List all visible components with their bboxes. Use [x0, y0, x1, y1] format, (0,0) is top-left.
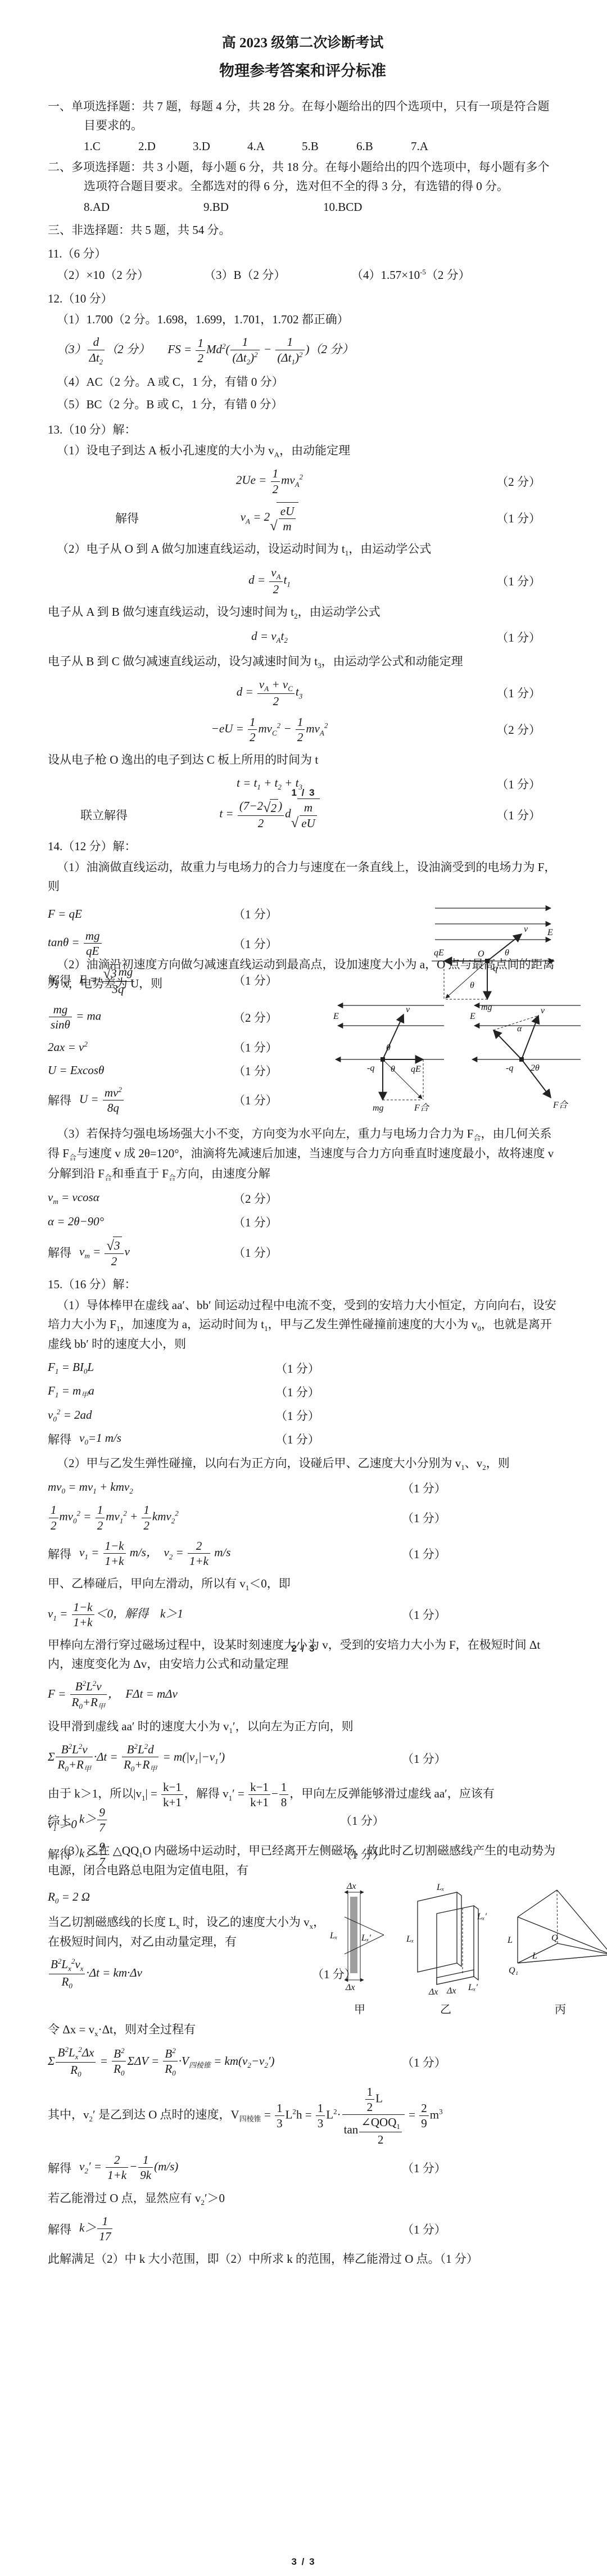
page-2: （2）油滴沿初速度方向做匀减速直线运动到最高点，设加速度大小为 a，O 点与最高…	[48, 951, 558, 1875]
q15-formula-2: F1 = m甲a （1 分）	[48, 1383, 558, 1401]
q13-part1-text: （1）设电子到达 A 板小孔速度的大小为 vA，由动能定理	[48, 441, 558, 461]
answer-7: 7.A	[411, 139, 465, 154]
solve-label: 解得	[48, 1545, 71, 1562]
label-dx-2: Δx	[446, 1986, 456, 1996]
solve-label: 解得	[48, 1244, 71, 1261]
summary-label: 综上	[48, 1812, 71, 1829]
score-badge: （1 分）	[275, 1407, 320, 1424]
formula: 2ax = v2	[48, 1040, 88, 1054]
score-badge: （1 分）	[402, 1750, 446, 1767]
formula: v1 = 1−k1+k＜0，解得 k＞1	[48, 1600, 183, 1630]
q15-text-condition: 若乙能滑过 O 点，显然应有 v2′＞0	[48, 2189, 558, 2208]
q13-text-3: 电子从 A 到 B 做匀速直线运动，设匀速时间为 t2，由运动学公式	[48, 602, 558, 622]
answer-10: 10.BCD	[323, 200, 443, 214]
answer-4: 4.A	[247, 139, 302, 154]
figure-pyramid: L L Q Q₁ O 丙	[501, 1883, 607, 2016]
score-badge: （1 分）	[233, 1213, 278, 1230]
score-badge: （1 分）	[275, 1431, 320, 1447]
label-E: E	[469, 1012, 475, 1021]
q15-text-Lx: 当乙切割磁感线的长度 Lx 时，设乙的速度大小为 vx，在极短时间内，对乙由动量…	[48, 1912, 329, 1951]
q15-formula-3: v02 = 2ad （1 分）	[48, 1406, 558, 1424]
score-badge: （1 分）	[275, 1360, 320, 1377]
q13-formula-2: 解得 vA = 2√eUm （1 分）	[48, 502, 558, 534]
formula: F1 = m甲a	[48, 1384, 94, 1400]
q14-part2-text: （2）油滴沿初速度方向做匀减速直线运动到最高点，设加速度大小为 a，O 点与最高…	[48, 955, 558, 993]
q14-formula-10: 解得 vm = √32v （1 分）	[48, 1237, 558, 1269]
solve-label: 解得	[115, 509, 139, 526]
label-E: E	[333, 1012, 339, 1021]
score-badge: （1 分）	[496, 629, 541, 646]
label-Q1: Q₁	[509, 1966, 518, 1975]
score-badge: （1 分）	[402, 1509, 446, 1526]
q14-formula-6: U = Excosθ （1 分）	[48, 1062, 329, 1080]
q15-formula-8: v1 = 1−k1+k＜0，解得 k＞1 （1 分）	[48, 1600, 558, 1630]
score-badge: （2 分）	[496, 721, 541, 738]
q14-formula-5: 2ax = v2 （1 分）	[48, 1038, 329, 1056]
answer-8: 8.AD	[84, 200, 203, 214]
figure-plates: Lₓ Lₓ Lₓ′ Lₓ′ Δx Δx 乙	[406, 1883, 485, 2016]
q13-formula-5: d = vA + vC2t3 （1 分）	[48, 677, 558, 709]
q15-formula-1: F1 = BI0L （1 分）	[48, 1359, 558, 1377]
q15-formula-6: 12mv02 = 12mv12 + 12kmv22 （1 分）	[48, 1503, 558, 1533]
q12-item-3-formula: （3）dΔt2（2 分） FS = 12Md2(1(Δt2)2 − 1(Δt1)…	[57, 335, 354, 367]
formula: α = 2θ−90°	[48, 1215, 104, 1229]
formula: 其中，v2′ 是乙到达 O 点时的速度，V四棱锥 = 13L2h = 13L2·…	[48, 2085, 443, 2147]
q15-text-4: 甲棒向左滑行穿过磁场过程中，设某时刻速度大小为 v，受到的安培力大小为 F，在极…	[48, 1635, 558, 1673]
q12-item-1: （1）1.700（2 分。1.698，1.699，1.701，1.702 都正确…	[48, 310, 558, 329]
score-badge: （2 分）	[233, 1009, 278, 1026]
section-3-heading: 三、非选择题：共 5 题，共 54 分。	[48, 221, 558, 238]
formula: U = mv28q	[79, 1085, 125, 1116]
q15-formula-5: mv0 = mv1 + kmv2 （1 分）	[48, 1479, 558, 1497]
q15-part2-text: （2）甲与乙发生弹性碰撞，以向右为正方向，设碰后甲、乙速度大小分别为 v1、v2…	[48, 1454, 558, 1473]
q12-item-4: （4）AC（2 分。A 或 C，1 分，有错 0 分）	[48, 372, 558, 391]
figure-rod-sweep: Δx Δx Lₓ Lₓ′ 甲	[329, 1883, 391, 2016]
score-badge: （2 分）	[233, 1190, 278, 1207]
q13-heading: 13.（10 分）解：	[48, 421, 558, 437]
section-2-heading: 二、多项选择题：共 3 小题，每小题 6 分，共 18 分。在每小题给出的四个选…	[48, 158, 558, 196]
figure-caption-yi: 乙	[406, 2000, 485, 2016]
score-badge: （1 分）	[402, 2159, 446, 2176]
q12-item-3: （3）dΔt2（2 分） FS = 12Md2(1(Δt2)2 − 1(Δt1)…	[57, 335, 558, 367]
q15-formula-v2prime: 解得 v2′ = 21+k−19k(m/s) （1 分）	[48, 2153, 558, 2183]
q14-part3-text: （3）若保持匀强电场场强大小不变，方向变为水平向左，重力与电场力合力为 F合，由…	[48, 1124, 558, 1184]
label-minus-q: -q	[506, 1063, 513, 1073]
label-qE: qE	[411, 1064, 421, 1074]
plates-diagram: Lₓ Lₓ Lₓ′ Lₓ′ Δx Δx	[406, 1883, 485, 1996]
formula: d = vAt2	[251, 629, 288, 645]
q15-formula-10: ΣB2L2vR0+R甲·Δt = B2L2dR0+R甲 = m(|v1|−v1′…	[48, 1742, 558, 1774]
q15-formula-9: F = B2L2vR0+R甲， FΔt = mΔv	[48, 1679, 558, 1711]
score-badge: （1 分）	[340, 1812, 384, 1829]
score-badge: （1 分）	[312, 1965, 356, 1982]
q15-formula-7: 解得 v1 = 1−k1+k m/s， v2 = 21+k m/s （1 分）	[48, 1539, 558, 1569]
solve-label: 解得	[48, 2221, 71, 2237]
q15-conclusion-k: 综上 k＞97 （1 分）	[48, 1805, 558, 1835]
formula: −eU = 12mvC2 − 12mvA2	[211, 715, 328, 745]
score-badge: （1 分）	[402, 2054, 446, 2070]
page-1: 高 2023 级第二次诊断考试 物理参考答案和评分标准 一、单项选择题：共 7 …	[48, 31, 558, 1014]
formula: t = (7−2√2)2d√meU	[219, 798, 319, 831]
label-Lx-top: Lₓ	[436, 1883, 444, 1892]
q12-heading: 12.（10 分）	[48, 290, 558, 306]
score-badge: （2 分）	[496, 473, 541, 490]
formula: d = vA2t1	[248, 565, 291, 597]
q14-part2-block: mgsinθ = ma （2 分） 2ax = v2 （1 分） U = Exc…	[48, 996, 558, 1121]
formula: d = vA + vC2t3	[237, 677, 303, 709]
score-badge: （1 分）	[402, 1606, 446, 1623]
formula: k＞97	[79, 1805, 108, 1835]
formula: vm = vcosα	[48, 1190, 99, 1206]
q15-text-volume: 其中，v2′ 是乙到达 O 点时的速度，V四棱锥 = 13L2h = 13L2·…	[48, 2085, 558, 2147]
figure-caption-bing: 丙	[501, 2000, 607, 2016]
q13-formula-8: 联立解得 t = (7−2√2)2d√meU （1 分）	[48, 798, 558, 831]
field-force-diagram-q14-2b: E v α -q 2θ F合	[465, 996, 586, 1115]
label-Lx-prime-top: Lₓ′	[477, 1912, 487, 1921]
q13-part2-text: （2）电子从 O 到 A 做匀加速直线运动，设运动时间为 t1，由运动学公式	[48, 539, 558, 559]
label-Lx-prime: Lₓ′	[361, 1933, 371, 1943]
q13-formula-1: 2Ue = 12mvA2 （2 分）	[48, 466, 558, 497]
q14-formula-4: mgsinθ = ma （2 分）	[48, 1002, 329, 1032]
formula: F = B2L2vR0+R甲， FΔt = mΔv	[48, 1679, 178, 1711]
q11-answer-4: （4）1.57×10-5（2 分）	[351, 266, 499, 283]
formula: 12mv02 = 12mv12 + 12kmv22	[48, 1503, 179, 1533]
q14-formula-1: F = qE （1 分）	[48, 905, 396, 923]
q14-formula-9: α = 2θ−90° （1 分）	[48, 1213, 558, 1231]
q15-heading: 15.（16 分）解：	[48, 1275, 558, 1292]
score-badge: （1 分）	[233, 1244, 278, 1261]
formula: R0 = 2 Ω	[48, 1890, 90, 1906]
label-F-net: F合	[414, 1103, 430, 1113]
label-theta-2: θ	[391, 1064, 395, 1074]
page-number-3: 3 / 3	[0, 2556, 607, 2568]
q13-formula-4: d = vAt2 （1 分）	[48, 628, 558, 646]
q15-part3-block: R0 = 2 Ω 当乙切割磁感线的长度 Lx 时，设乙的速度大小为 vx，在极短…	[48, 1883, 558, 2016]
score-badge: （1 分）	[233, 905, 278, 922]
formula: F1 = BI0L	[48, 1360, 94, 1376]
q15-final-statement: 此解满足（2）中 k 大小范围，即（2）中所求 k 的范围，棒乙能滑过 O 点。…	[48, 2249, 558, 2268]
field-force-diagram-q14-2a: E v θ θ -q qE mg F合	[329, 996, 450, 1115]
q11-answers: （2）×10（2 分） （3）B（2 分） （4）1.57×10-5（2 分）	[57, 266, 558, 283]
score-badge: （1 分）	[402, 1545, 446, 1562]
label-theta: θ	[386, 1043, 391, 1053]
label-v: v	[524, 924, 528, 934]
section-1-heading: 一、单项选择题：共 7 题，每题 4 分，共 28 分。在每小题给出的四个选项中…	[48, 97, 558, 135]
label-mg: mg	[373, 1103, 384, 1113]
formula: F = qE	[48, 907, 82, 921]
formula: mv0 = mv1 + kmv2	[48, 1480, 133, 1496]
multi-choice-answers: 8.AD 9.BD 10.BCD	[84, 200, 558, 214]
q15-text-5: 设甲滑到虚线 aa′ 时的速度大小为 v1′，以向左为正方向，则	[48, 1717, 558, 1736]
solve-label: 联立解得	[80, 806, 128, 823]
page-number-1: 1 / 3	[0, 787, 607, 798]
solve-label: 解得	[48, 1091, 71, 1108]
score-badge: （1 分）	[275, 1383, 320, 1400]
single-choice-answers: 1.C 2.D 3.D 4.A 5.B 6.B 7.A	[84, 139, 558, 154]
answer-1: 1.C	[84, 139, 138, 154]
answer-9: 9.BD	[203, 200, 323, 214]
score-badge: （1 分）	[402, 2221, 446, 2237]
formula: k＞117	[79, 2214, 114, 2244]
label-v: v	[406, 1005, 410, 1014]
q15-text-3: 甲、乙棒碰后，甲向左滑动，所以有 v1＜0，即	[48, 1574, 558, 1594]
q11-answer-3: （3）B（2 分）	[204, 266, 351, 283]
label-alpha: α	[517, 1024, 522, 1034]
formula: v1 = 1−k1+k m/s， v2 = 21+k m/s	[79, 1539, 230, 1569]
label-F-net: F合	[552, 1100, 569, 1110]
label-Lx-left: Lₓ	[406, 1934, 414, 1944]
score-badge: （1 分）	[402, 1479, 446, 1496]
label-E: E	[547, 928, 553, 937]
score-badge: （1 分）	[233, 1039, 278, 1055]
solve-label: 解得	[48, 1431, 71, 1447]
label-Lx: Lₓ	[329, 1931, 337, 1941]
q14-part1-text: （1）油滴做直线运动，故重力与电场力的合力与速度在一条直线上，设油滴受到的电场力…	[48, 858, 558, 896]
label-Lx-prime-bottom: Lₓ′	[468, 1983, 478, 1992]
label-L-inner: L	[532, 1951, 537, 1961]
q12-item-5: （5）BC（2 分。B 或 C，1 分，有错 0 分）	[48, 395, 558, 414]
label-v: v	[541, 1006, 545, 1016]
formula: mgsinθ = ma	[48, 1002, 101, 1032]
q15-formula-R0: R0 = 2 Ω	[48, 1889, 329, 1907]
score-badge: （1 分）	[233, 935, 278, 952]
formula: vA = 2√eUm	[241, 502, 299, 534]
formula: v2′ = 21+k−19k(m/s)	[79, 2153, 178, 2183]
q15-formula-k17: 解得 k＞117 （1 分）	[48, 2214, 558, 2244]
formula: vm = √32v	[79, 1237, 130, 1269]
label-2theta: 2θ	[531, 1063, 540, 1073]
q15-part3-text: （3）乙在 △QQ1O 内磁场中运动时，甲已经离开左侧磁场，故此时乙切割磁感线产…	[48, 1841, 558, 1880]
q13-text-5: 设从电子枪 O 逸出的电子到达 C 板上所用的时间为 t	[48, 750, 558, 769]
formula: 2Ue = 12mvA2	[236, 466, 303, 497]
figure-caption-jia: 甲	[329, 2000, 391, 2016]
score-badge: （1 分）	[496, 684, 541, 701]
label-dx-1: Δx	[428, 1987, 438, 1997]
label-L-edge: L	[507, 1936, 513, 1945]
answer-2: 2.D	[138, 139, 193, 154]
q13-formula-3: d = vA2t1 （1 分）	[48, 565, 558, 597]
q13-text-4: 电子从 B 到 C 做匀减速直线运动，设匀减速时间为 t3，由运动学公式和动能定…	[48, 652, 558, 671]
exam-title: 高 2023 级第二次诊断考试	[48, 31, 558, 52]
score-badge: （1 分）	[233, 1062, 278, 1079]
label-minus-q: -q	[367, 1063, 374, 1073]
q14-formula-7: 解得 U = mv28q （1 分）	[48, 1085, 329, 1116]
q15-formula-impulse: B2Lx2vxR0·Δt = km·Δv （1 分）	[48, 1957, 329, 1991]
score-badge: （1 分）	[496, 806, 541, 823]
pyramid-diagram: L L Q Q₁ O	[501, 1883, 607, 1996]
page-number-2: 2 / 3	[0, 1643, 607, 1654]
formula: v0=1 m/s	[79, 1431, 121, 1447]
q15-part1-text: （1）导体棒甲在虚线 aa′、bb′ 间运动过程中电流不变，受到的安培力大小恒定…	[48, 1296, 558, 1354]
q15-formula-sum: ΣB2Lx2ΔxR0 = B2R0ΣΔV = B2R0·V四棱锥 = km(v2…	[48, 2045, 558, 2079]
answer-6: 6.B	[356, 139, 411, 154]
q14-heading: 14.（12 分）解：	[48, 837, 558, 854]
score-badge: （1 分）	[496, 572, 541, 589]
q15-text-dx: 令 Δx = vx·Δt，则对全过程有	[48, 2020, 558, 2040]
label-Q: Q	[551, 1933, 558, 1943]
q11-heading: 11.（6 分）	[48, 245, 558, 261]
formula: U = Excosθ	[48, 1063, 104, 1077]
score-badge: （1 分）	[496, 509, 541, 526]
formula: ΣB2Lx2ΔxR0 = B2R0ΣΔV = B2R0·V四棱锥 = km(v2…	[48, 2045, 275, 2079]
q11-answer-2: （2）×10（2 分）	[57, 266, 204, 283]
label-dx-top: Δx	[346, 1882, 356, 1891]
q14-formula-8: vm = vcosα （2 分）	[48, 1189, 558, 1207]
page-3: 综上 k＞97 （1 分） （3）乙在 △QQ1O 内磁场中运动时，甲已经离开左…	[48, 1799, 558, 2272]
formula: v02 = 2ad	[48, 1407, 92, 1424]
doc-title: 物理参考答案和评分标准	[48, 58, 558, 80]
q15-formula-4: 解得 v0=1 m/s （1 分）	[48, 1430, 558, 1448]
solve-label: 解得	[48, 2159, 71, 2176]
score-badge: （1 分）	[233, 1091, 278, 1108]
answer-3: 3.D	[193, 139, 247, 154]
answer-5: 5.B	[302, 139, 356, 154]
label-dx-bottom: Δx	[345, 1983, 355, 1992]
formula: B2Lx2vxR0·Δt = km·Δv	[48, 1957, 142, 1991]
q13-formula-6: −eU = 12mvC2 − 12mvA2 （2 分）	[48, 715, 558, 745]
formula: ΣB2L2vR0+R甲·Δt = B2L2dR0+R甲 = m(|v1|−v1′…	[48, 1742, 225, 1774]
